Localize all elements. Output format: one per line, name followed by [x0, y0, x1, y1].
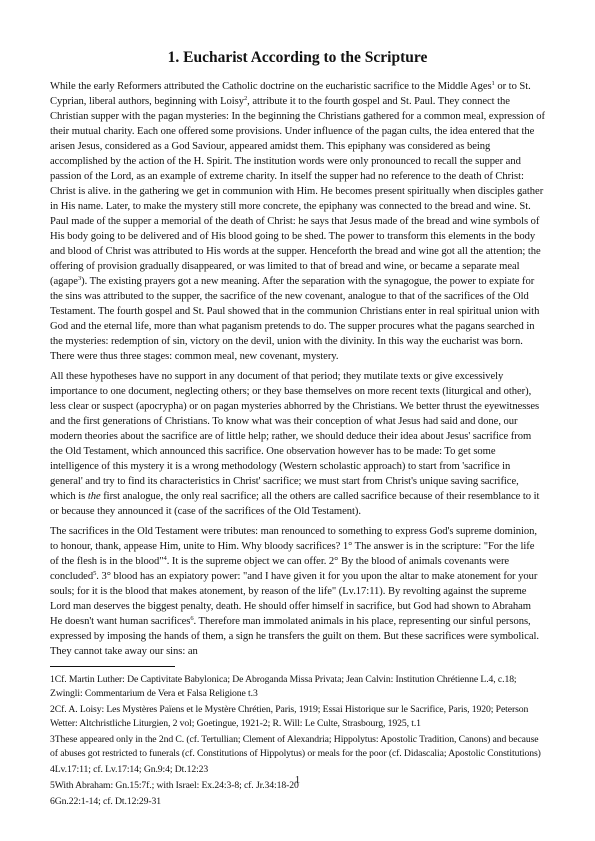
paragraph-2: All these hypotheses have no support in …: [50, 369, 545, 519]
footnote-6: 6Gn.22:1-14; cf. Dt.12:29-31: [50, 795, 545, 809]
document-page: 1. Eucharist According to the Scripture …: [50, 48, 545, 811]
footnote-3: 3These appeared only in the 2nd C. (cf. …: [50, 733, 545, 761]
footnote-2: 2Cf. A. Loisy: Les Mystères Païens et le…: [50, 703, 545, 731]
footnote-1: 1Cf. Martin Luther: De Captivitate Babyl…: [50, 673, 545, 701]
footnote-separator: [50, 666, 175, 667]
emphasis-the: the: [88, 491, 101, 502]
paragraph-1: While the early Reformers attributed the…: [50, 79, 545, 364]
paragraph-3: The sacrifices in the Old Testament were…: [50, 524, 545, 659]
page-number: 1: [0, 775, 595, 786]
footnotes: 1Cf. Martin Luther: De Captivitate Babyl…: [50, 673, 545, 809]
chapter-title: 1. Eucharist According to the Scripture: [50, 48, 545, 68]
